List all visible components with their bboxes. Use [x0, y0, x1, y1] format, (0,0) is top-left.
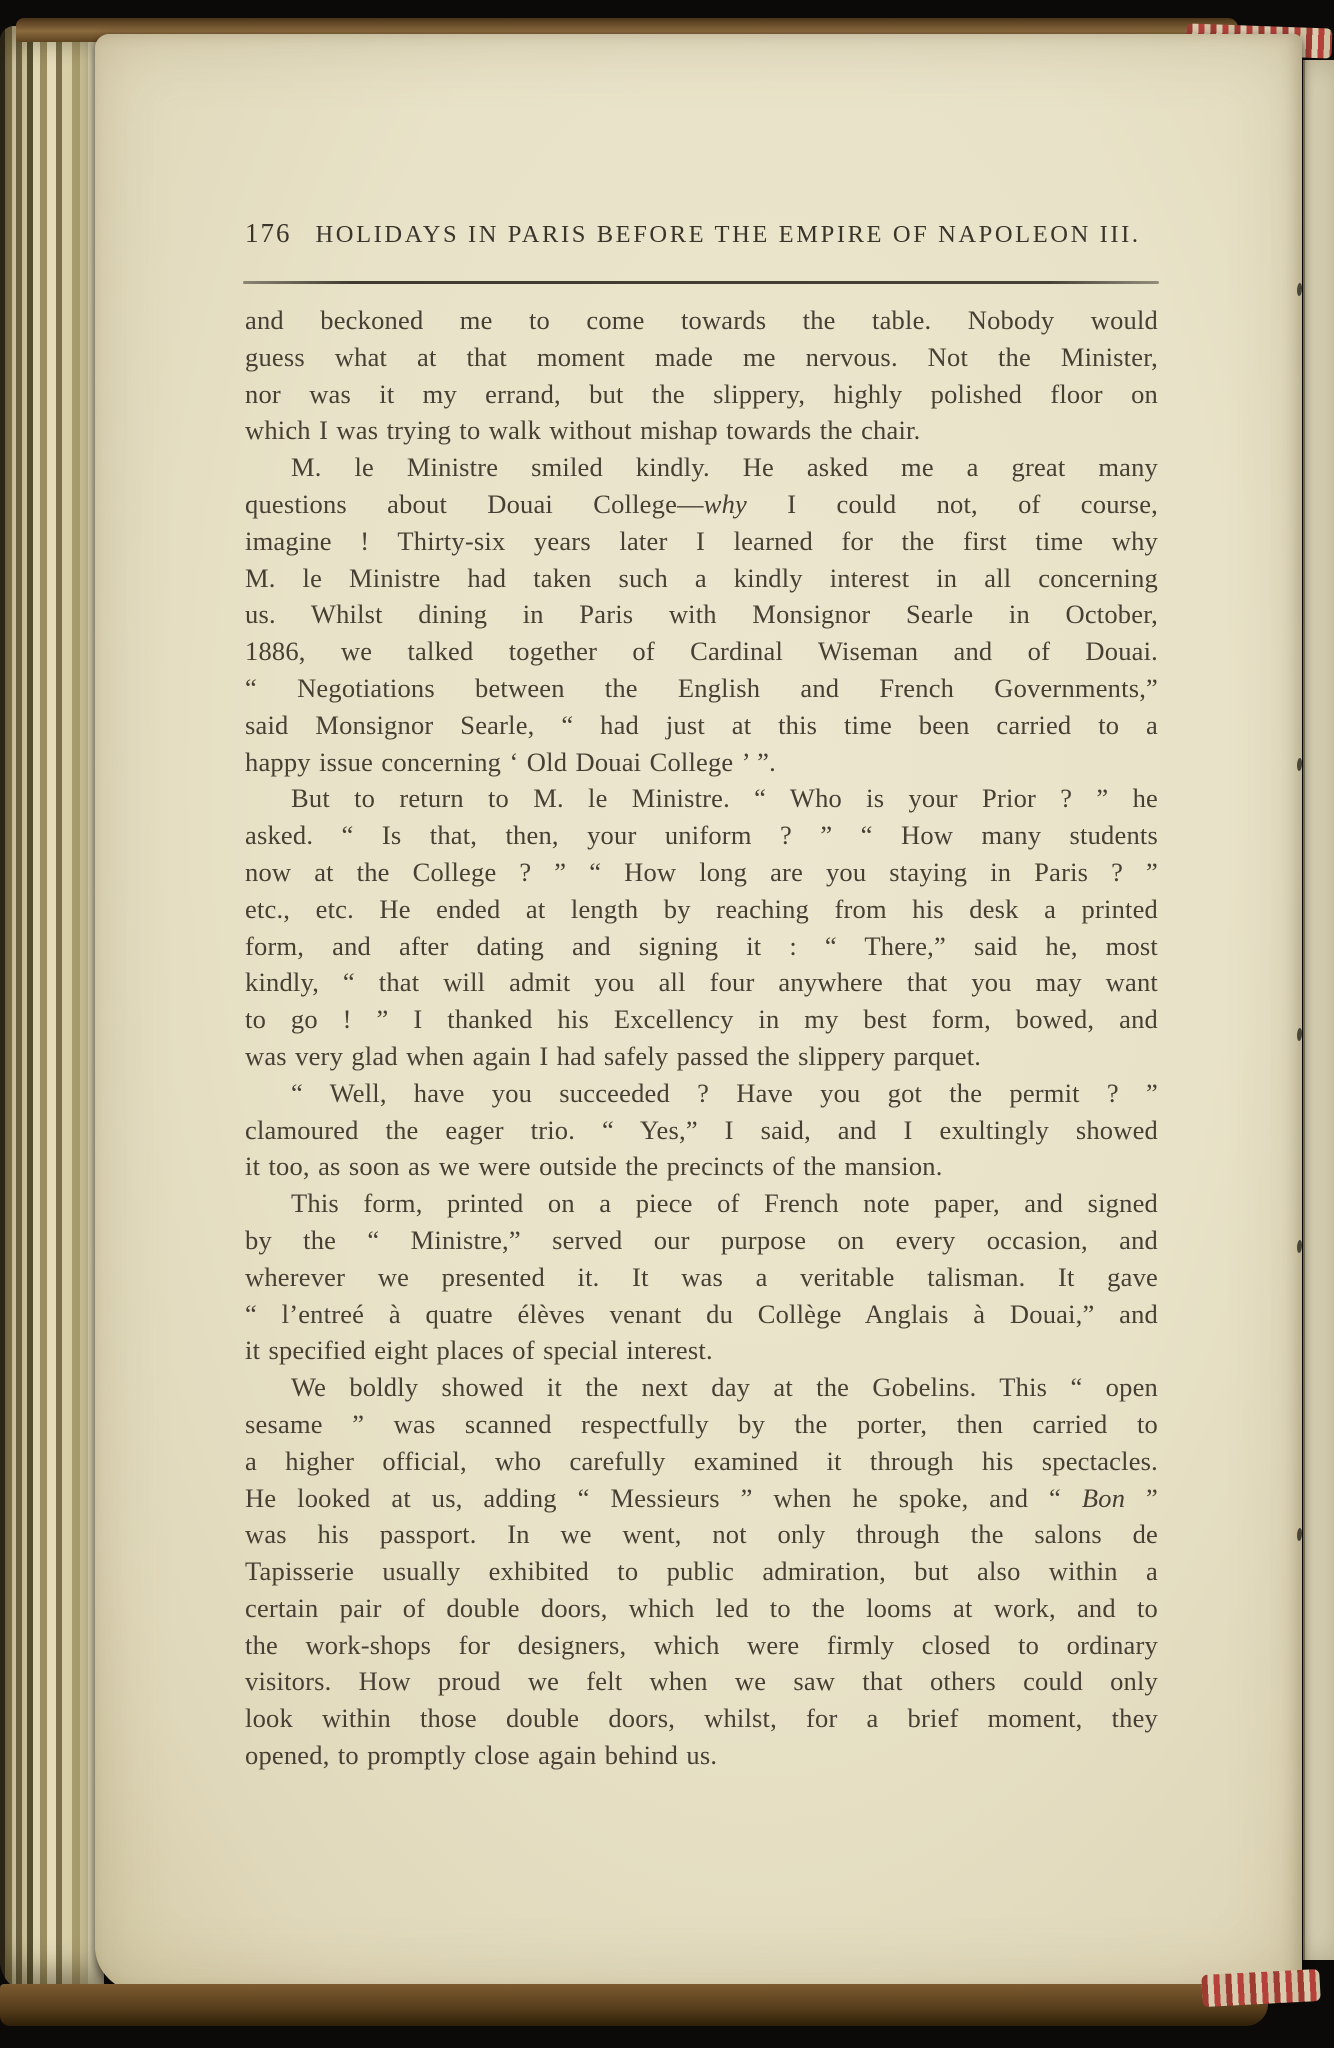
text-line: 1886, we talked together of Cardinal Wis… [245, 633, 1158, 670]
text-line: imagine ! Thirty-six years later I learn… [245, 523, 1158, 560]
text-line: it too, as soon as we were outside the p… [245, 1148, 1158, 1185]
text-line: He looked at us, adding “ Messieurs ” wh… [245, 1480, 1158, 1517]
text-line: said Monsignor Searle, “ had just at thi… [245, 707, 1158, 744]
text-line: “ Well, have you succeeded ? Have you go… [245, 1075, 1158, 1112]
text-line: visitors. How proud we felt when we saw … [245, 1663, 1158, 1700]
page-body: and beckoned me to come towards the tabl… [245, 302, 1158, 1774]
text-line: asked. “ Is that, then, your uniform ? ”… [245, 817, 1158, 854]
text-line: us. Whilst dining in Paris with Monsigno… [245, 596, 1158, 633]
page-number: 176 [245, 218, 292, 249]
text-line: look within those double doors, whilst, … [245, 1700, 1158, 1737]
text-line: a higher official, who carefully examine… [245, 1443, 1158, 1480]
text-line: it specified eight places of special int… [245, 1332, 1158, 1369]
text-line: form, and after dating and signing it : … [245, 928, 1158, 965]
text-line: which I was trying to walk without misha… [245, 412, 1158, 449]
book-page: 176 HOLIDAYS IN PARIS BEFORE THE EMPIRE … [95, 34, 1302, 1992]
text-line: kindly, “ that will admit you all four a… [245, 964, 1158, 1001]
page-edge-stack [0, 26, 104, 1994]
text-line: questions about Douai College—why I coul… [245, 486, 1158, 523]
text-line: etc., etc. He ended at length by reachin… [245, 891, 1158, 928]
text-line: to go ! ” I thanked his Excellency in my… [245, 1001, 1158, 1038]
text-line: and beckoned me to come towards the tabl… [245, 302, 1158, 339]
text-line: the work-shops for designers, which were… [245, 1627, 1158, 1664]
text-line: M. le Ministre smiled kindly. He asked m… [245, 449, 1158, 486]
text-line: was very glad when again I had safely pa… [245, 1038, 1158, 1075]
text-line: M. le Ministre had taken such a kindly i… [245, 560, 1158, 597]
text-line: This form, printed on a piece of French … [245, 1185, 1158, 1222]
text-line: “ Negotiations between the English and F… [245, 670, 1158, 707]
text-line: certain pair of double doors, which led … [245, 1590, 1158, 1627]
text-line: wherever we presented it. It was a verit… [245, 1259, 1158, 1296]
text-line: Tapisserie usually exhibited to public a… [245, 1553, 1158, 1590]
text-line: was his passport. In we went, not only t… [245, 1516, 1158, 1553]
photo-background: 176 HOLIDAYS IN PARIS BEFORE THE EMPIRE … [0, 0, 1334, 2048]
text-line: opened, to promptly close again behind u… [245, 1737, 1158, 1774]
text-line: now at the College ? ” “ How long are yo… [245, 854, 1158, 891]
headband-bottom [1201, 1969, 1321, 2007]
running-title: HOLIDAYS IN PARIS BEFORE THE EMPIRE OF N… [316, 221, 1141, 249]
text-line: We boldly showed it the next day at the … [245, 1369, 1158, 1406]
text-line: clamoured the eager trio. “ Yes,” I said… [245, 1112, 1158, 1149]
text-line: “ l’entreé à quatre élèves venant du Col… [245, 1296, 1158, 1333]
page-header: 176 HOLIDAYS IN PARIS BEFORE THE EMPIRE … [245, 218, 1158, 249]
text-line: guess what at that moment made me nervou… [245, 339, 1158, 376]
text-line: by the “ Ministre,” served our purpose o… [245, 1222, 1158, 1259]
text-line: happy issue concerning ‘ Old Douai Colle… [245, 744, 1158, 781]
header-rule [243, 281, 1159, 284]
book-cover-bottom-edge [0, 1984, 1268, 2026]
text-line: sesame ” was scanned respectfully by the… [245, 1406, 1158, 1443]
adjacent-page-edge [1303, 60, 1334, 1960]
text-line: But to return to M. le Ministre. “ Who i… [245, 780, 1158, 817]
text-line: nor was it my errand, but the slippery, … [245, 376, 1158, 413]
